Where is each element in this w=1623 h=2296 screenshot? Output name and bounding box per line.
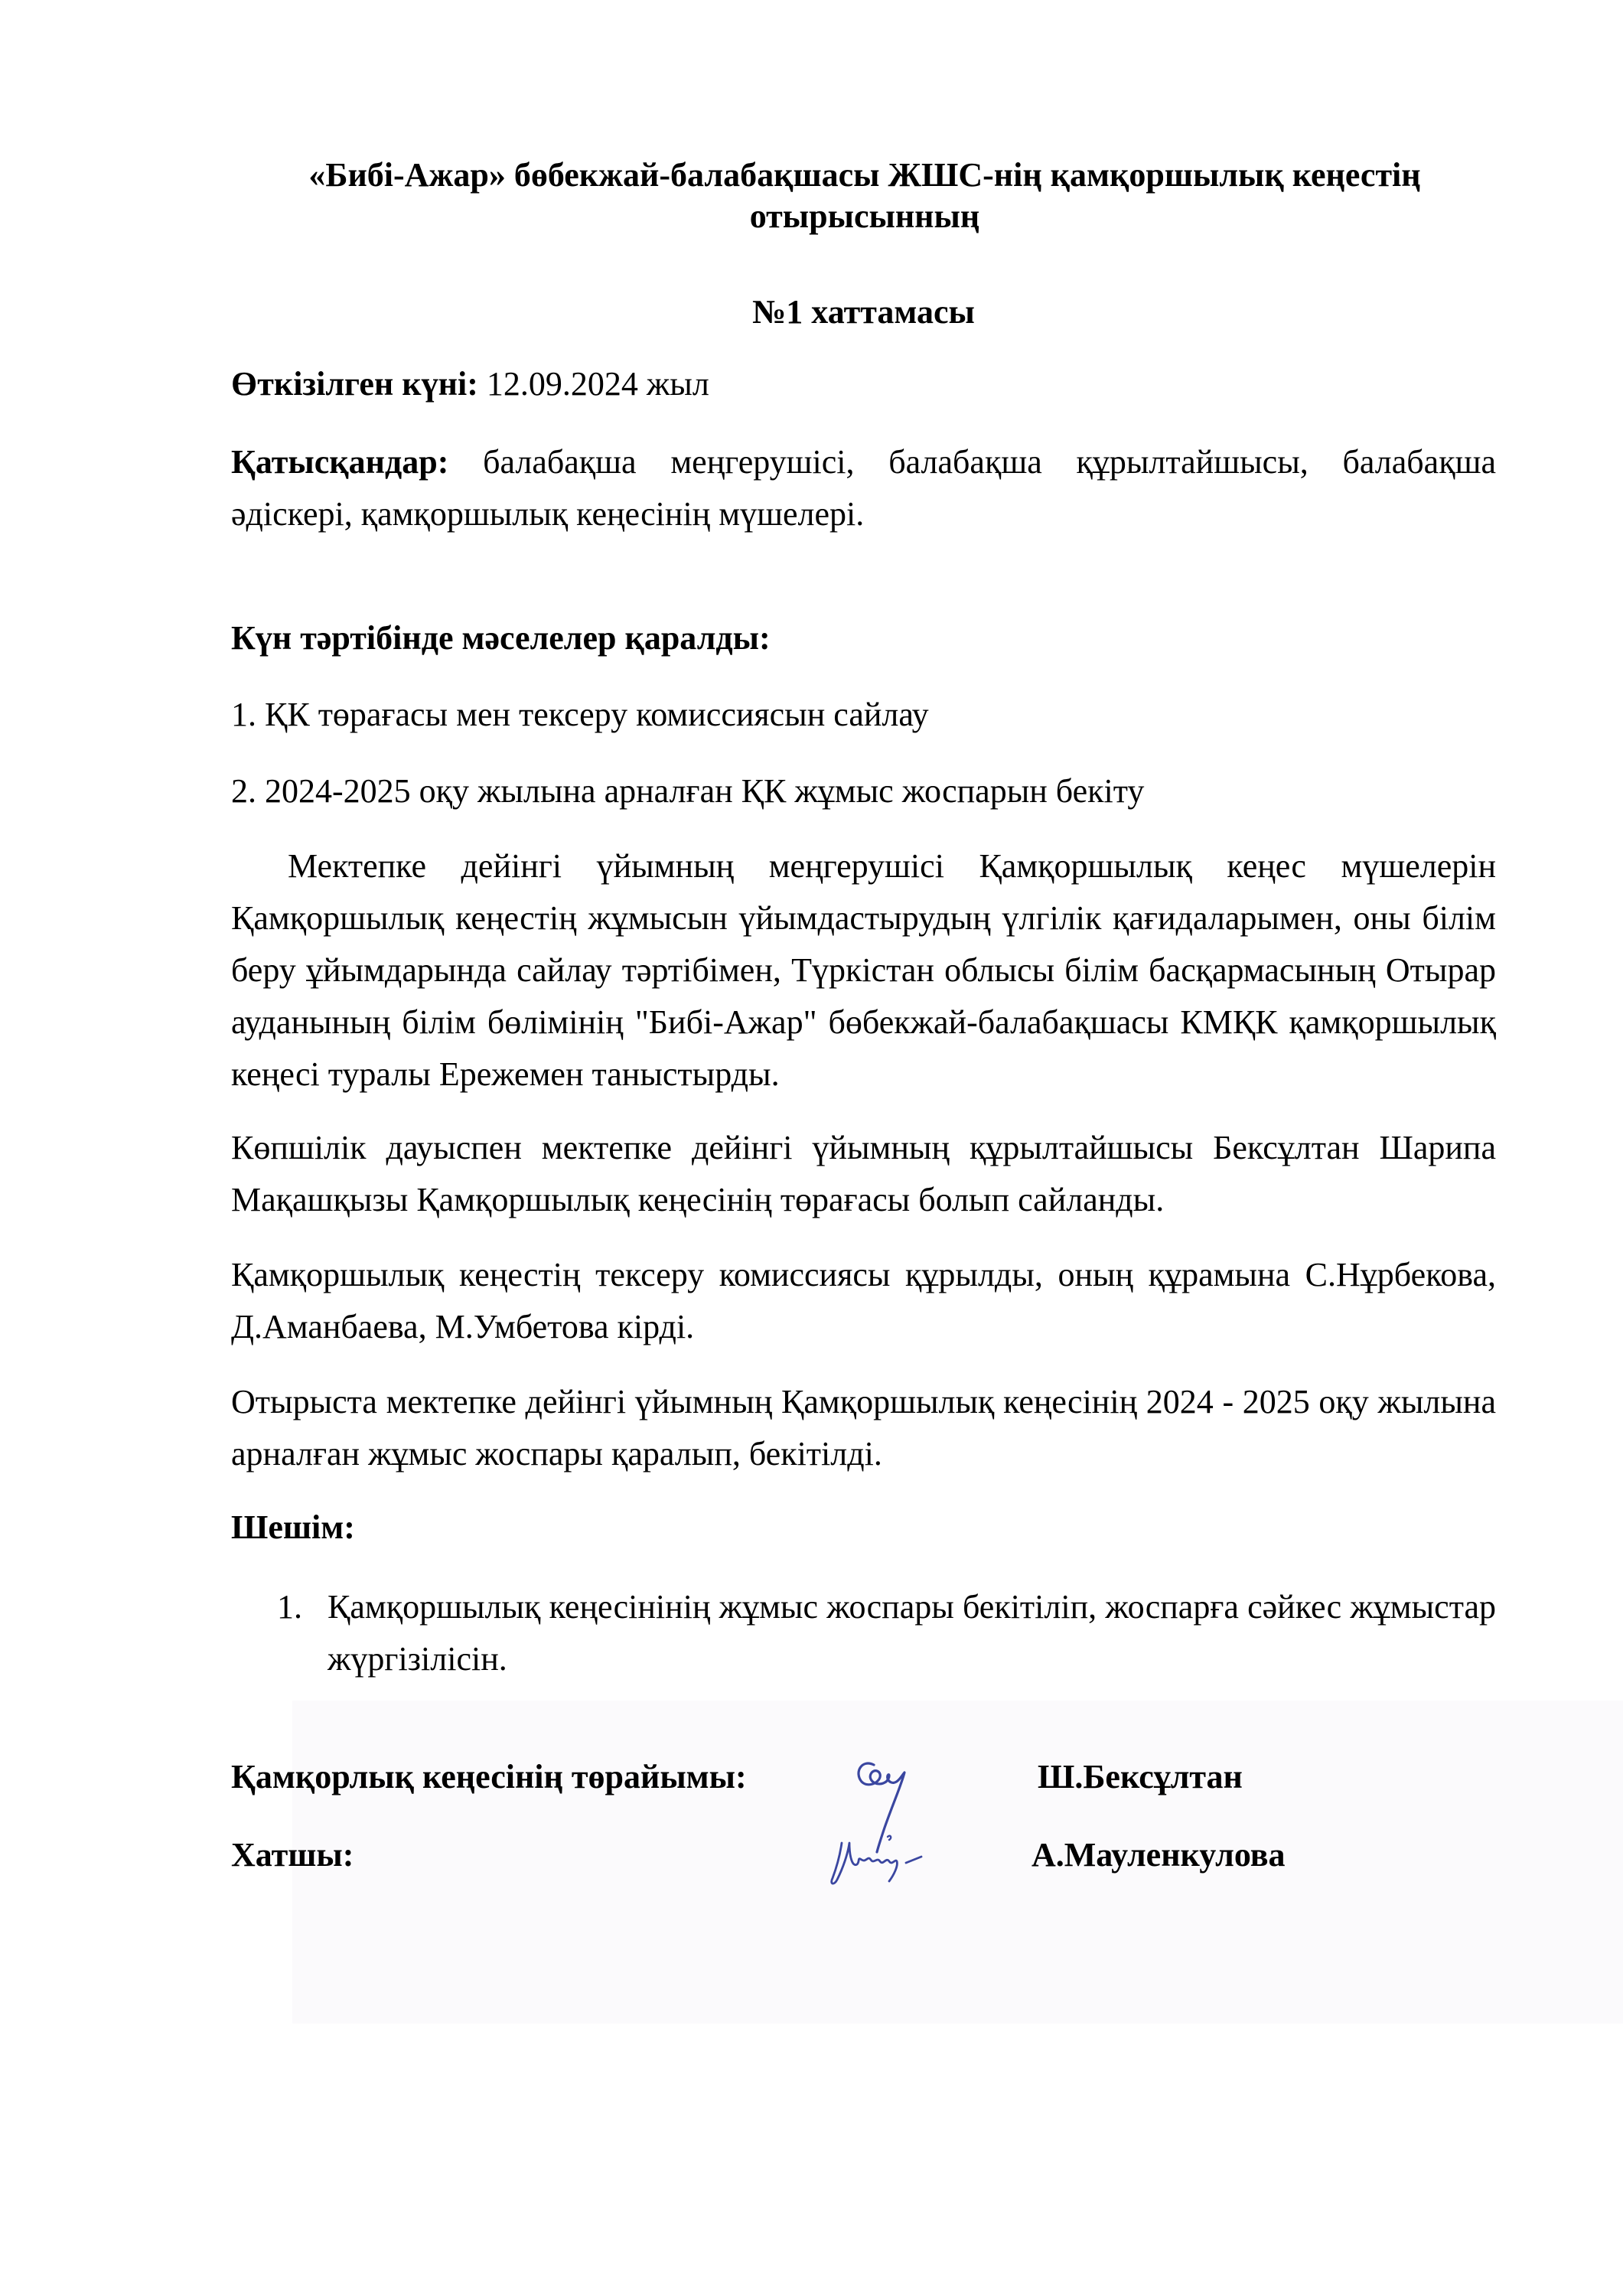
- agenda-heading: Күн тәртібінде мәселелер қаралды:: [231, 612, 1496, 664]
- participants: Қатысқандар: балабақша меңгерушісі, бала…: [231, 436, 1496, 540]
- decision-item-number: 1.: [277, 1581, 302, 1633]
- decision-item: 1. Қамқоршылық кеңесінінің жұмыс жоспары…: [277, 1581, 1496, 1685]
- document-title: «Бибі-Ажар» бөбекжай-балабақшасы ЖШС-нің…: [222, 155, 1507, 237]
- decision-heading: Шешім:: [231, 1502, 1496, 1554]
- chair-role-label: Қамқорлық кеңесінің төрайымы:: [231, 1751, 747, 1803]
- body-paragraph: Мектепке дейінгі үйымның меңгерушісі Қам…: [231, 840, 1496, 1101]
- document-page: «Бибі-Ажар» бөбекжай-балабақшасы ЖШС-нің…: [0, 0, 1623, 2296]
- meeting-date-value: 12.09.2024 жыл: [478, 365, 709, 403]
- secretary-role-label: Хатшы:: [231, 1829, 354, 1881]
- decision-item-text: Қамқоршылық кеңесінінің жұмыс жоспары бе…: [328, 1588, 1496, 1678]
- body-paragraph: Қамқоршылық кеңестің тексеру комиссиясы …: [231, 1249, 1496, 1353]
- secretary-signature-icon: [826, 1820, 941, 1889]
- secretary-name: А.Мауленкулова: [1031, 1829, 1286, 1881]
- body-paragraph: Отырыста мектепке дейінгі үйымның Қамқор…: [231, 1376, 1496, 1480]
- protocol-number: №1 хаттамасы: [231, 286, 1496, 338]
- chair-name: Ш.Бексұлтан: [1038, 1751, 1243, 1803]
- participants-label: Қатысқандар:: [231, 443, 448, 481]
- agenda-item: 2. 2024-2025 оқу жылына арналған ҚК жұмы…: [231, 765, 1496, 817]
- agenda-item: 1. ҚК төрағасы мен тексеру комиссиясын с…: [231, 689, 1496, 741]
- title-line-1: «Бибі-Ажар» бөбекжай-балабақшасы ЖШС-нің…: [308, 156, 1420, 194]
- meeting-date-label: Өткізілген күні:: [231, 365, 478, 403]
- meeting-date: Өткізілген күні: 12.09.2024 жыл: [231, 358, 1496, 410]
- title-line-2: отырысынның: [222, 196, 1507, 237]
- body-paragraph: Көпшілік дауыспен мектепке дейінгі үйымн…: [231, 1122, 1496, 1226]
